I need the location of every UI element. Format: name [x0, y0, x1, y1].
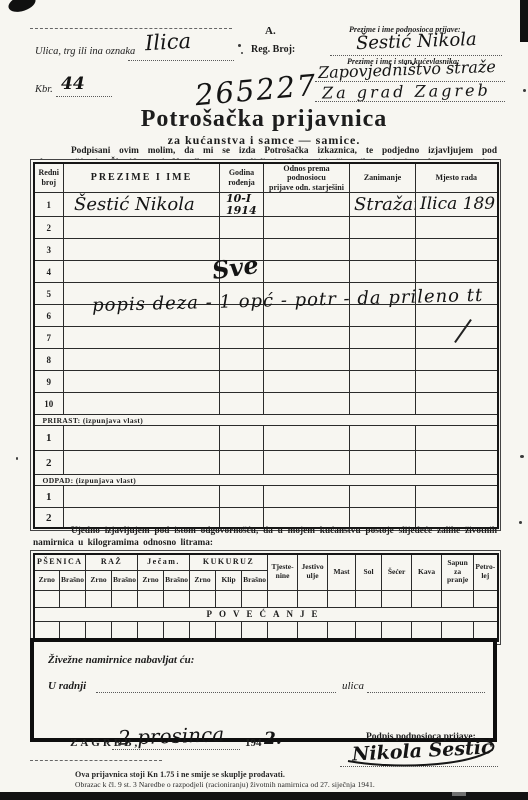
- col-header-mjesto-rada: Mjesto rada: [416, 163, 498, 193]
- occupation-handwritten: Stražar: [350, 193, 416, 217]
- prirast-band-label: PRIRAST: (izpunjava vlast): [34, 415, 498, 426]
- table-row: 3: [34, 239, 498, 261]
- fill-in-line: [367, 692, 485, 693]
- stock-group-header-row: PŠENICA RAŽ Ječam. KUKURUZ Tjeste- nine …: [34, 554, 498, 571]
- shop-label: U radnji: [48, 680, 86, 692]
- table-row: 4: [34, 261, 498, 283]
- group-psenica: PŠENICA: [34, 554, 86, 571]
- household-table-header-row: Redni broj PREZIME I IME Godina rođenja …: [34, 163, 498, 193]
- scan-artifact-edge: [520, 0, 528, 42]
- date-handwritten: 2 prosinca: [118, 724, 225, 748]
- house-number-label: Kbr.: [35, 84, 53, 95]
- fill-in-line: [96, 692, 336, 693]
- year-handwritten: 2.: [264, 731, 282, 748]
- stock-table-frame: PŠENICA RAŽ Ječam. KUKURUZ Tjeste- nine …: [30, 550, 501, 645]
- col-jestivo-ulje: Jestivo ulje: [298, 554, 328, 591]
- scan-speck: [523, 89, 526, 92]
- reg-number-label: Reg. Broj:: [251, 44, 295, 55]
- table-row: 8: [34, 349, 498, 371]
- ruled-line: [30, 28, 232, 29]
- povecanje-label: POVEĆANJE: [34, 607, 498, 621]
- scan-artifact-bottom-bar: [0, 792, 528, 800]
- fill-in-line: [56, 96, 112, 97]
- shop-street-label: ulica: [342, 680, 364, 692]
- stock-empty-row: [34, 590, 498, 607]
- fineprint-price: Ova prijavnica stoji Kn 1.75 i ne smije …: [75, 770, 285, 779]
- scan-speck: [520, 455, 524, 458]
- house-number-handwritten: 44: [61, 76, 85, 93]
- table-row: 10: [34, 393, 498, 415]
- scanned-form-page: Ulica, trg ili ina oznaka Ilica Kbr. 44 …: [0, 0, 528, 800]
- year-printed: 194: [245, 737, 262, 749]
- col-header-odnos: Odnos prema podnosiocu prijave odn. star…: [264, 163, 350, 193]
- odpad-row: 2: [34, 508, 498, 528]
- landlord-line1-handwritten: Zapovjedništvo straže: [318, 59, 496, 81]
- table-row: 1 Šestić Nikola 10-I 1914 Stražar Ilica …: [34, 193, 498, 217]
- scan-artifact-blob: [6, 0, 37, 15]
- col-header-zanimanje: Zanimanje: [350, 163, 416, 193]
- scan-speck: [519, 521, 522, 524]
- col-mast: Mast: [328, 554, 356, 591]
- household-table: Redni broj PREZIME I IME Godina rođenja …: [33, 162, 499, 529]
- scan-speck: [238, 44, 241, 47]
- fill-in-line: [112, 749, 240, 750]
- col-kava: Kava: [412, 554, 442, 591]
- odpad-row: 1: [34, 486, 498, 508]
- workplace-handwritten: Ilica 189: [416, 193, 498, 217]
- table-row: 2: [34, 217, 498, 239]
- povecanje-band-row: POVEĆANJE: [34, 607, 498, 621]
- col-secer: Šećer: [382, 554, 412, 591]
- prirast-row: 1: [34, 426, 498, 451]
- odpad-band-label: ODPAD: (izpunjava vlast): [34, 475, 498, 486]
- col-sol: Sol: [356, 554, 382, 591]
- purchase-box: Živežne namirnice nabavljat ću: U radnji…: [30, 638, 497, 742]
- odpad-band-row: ODPAD: (izpunjava vlast): [34, 475, 498, 486]
- prirast-row: 2: [34, 451, 498, 475]
- street-label: Ulica, trg ili ina oznaka: [35, 46, 135, 57]
- group-raz: RAŽ: [86, 554, 138, 571]
- col-header-godina-rodjenja: Godina rođenja: [220, 163, 264, 193]
- scan-speck: [241, 52, 243, 54]
- fineprint-reference: Obrazac k čl. 9 st. 3 Naredbe o razpodje…: [75, 780, 375, 789]
- col-sapun: Sapun za pranje: [442, 554, 474, 591]
- col-header-redni-broj: Redni broj: [34, 163, 64, 193]
- scan-speck: [16, 457, 18, 460]
- fill-in-line: [330, 55, 502, 56]
- col-tjestenine: Tjeste- nine: [268, 554, 298, 591]
- fill-in-line: [340, 766, 498, 767]
- fill-in-line: [128, 60, 234, 61]
- table-row: 7: [34, 327, 498, 349]
- prirast-band-row: PRIRAST: (izpunjava vlast): [34, 415, 498, 426]
- form-title: Potrošačka prijavnica: [0, 106, 528, 133]
- household-table-frame: Redni broj PREZIME I IME Godina rođenja …: [30, 159, 501, 531]
- scan-artifact-bottom-gap: [452, 792, 466, 796]
- table-row: 9: [34, 371, 498, 393]
- section-letter: A.: [265, 25, 276, 37]
- fill-in-line: [315, 101, 505, 102]
- applicant-name-handwritten: Šestić Nikola: [356, 31, 477, 53]
- ruled-line: [30, 760, 162, 761]
- birth-handwritten: 10-I 1914: [220, 193, 264, 217]
- purchase-title: Živežne namirnice nabavljat ću:: [48, 654, 194, 666]
- stock-declaration-paragraph: Ujedno izjavljujem pod istom odgovornošć…: [33, 526, 497, 549]
- stock-table: PŠENICA RAŽ Ječam. KUKURUZ Tjeste- nine …: [33, 553, 499, 643]
- signature-flourish: [342, 733, 502, 773]
- reg-number-handwritten: 265227: [194, 71, 319, 111]
- col-petrolej: Petro- lej: [474, 554, 498, 591]
- group-kukuruz: KUKURUZ: [190, 554, 268, 571]
- name-handwritten: Šestić Nikola: [64, 193, 220, 217]
- col-header-prezime-ime: PREZIME I IME: [64, 163, 220, 193]
- sve-annotation-handwritten: Sve: [211, 253, 260, 283]
- street-value-handwritten: Ilica: [144, 31, 191, 54]
- group-jecam: Ječam.: [138, 554, 190, 571]
- landlord-line2-handwritten: Za grad Zagreb: [322, 83, 491, 102]
